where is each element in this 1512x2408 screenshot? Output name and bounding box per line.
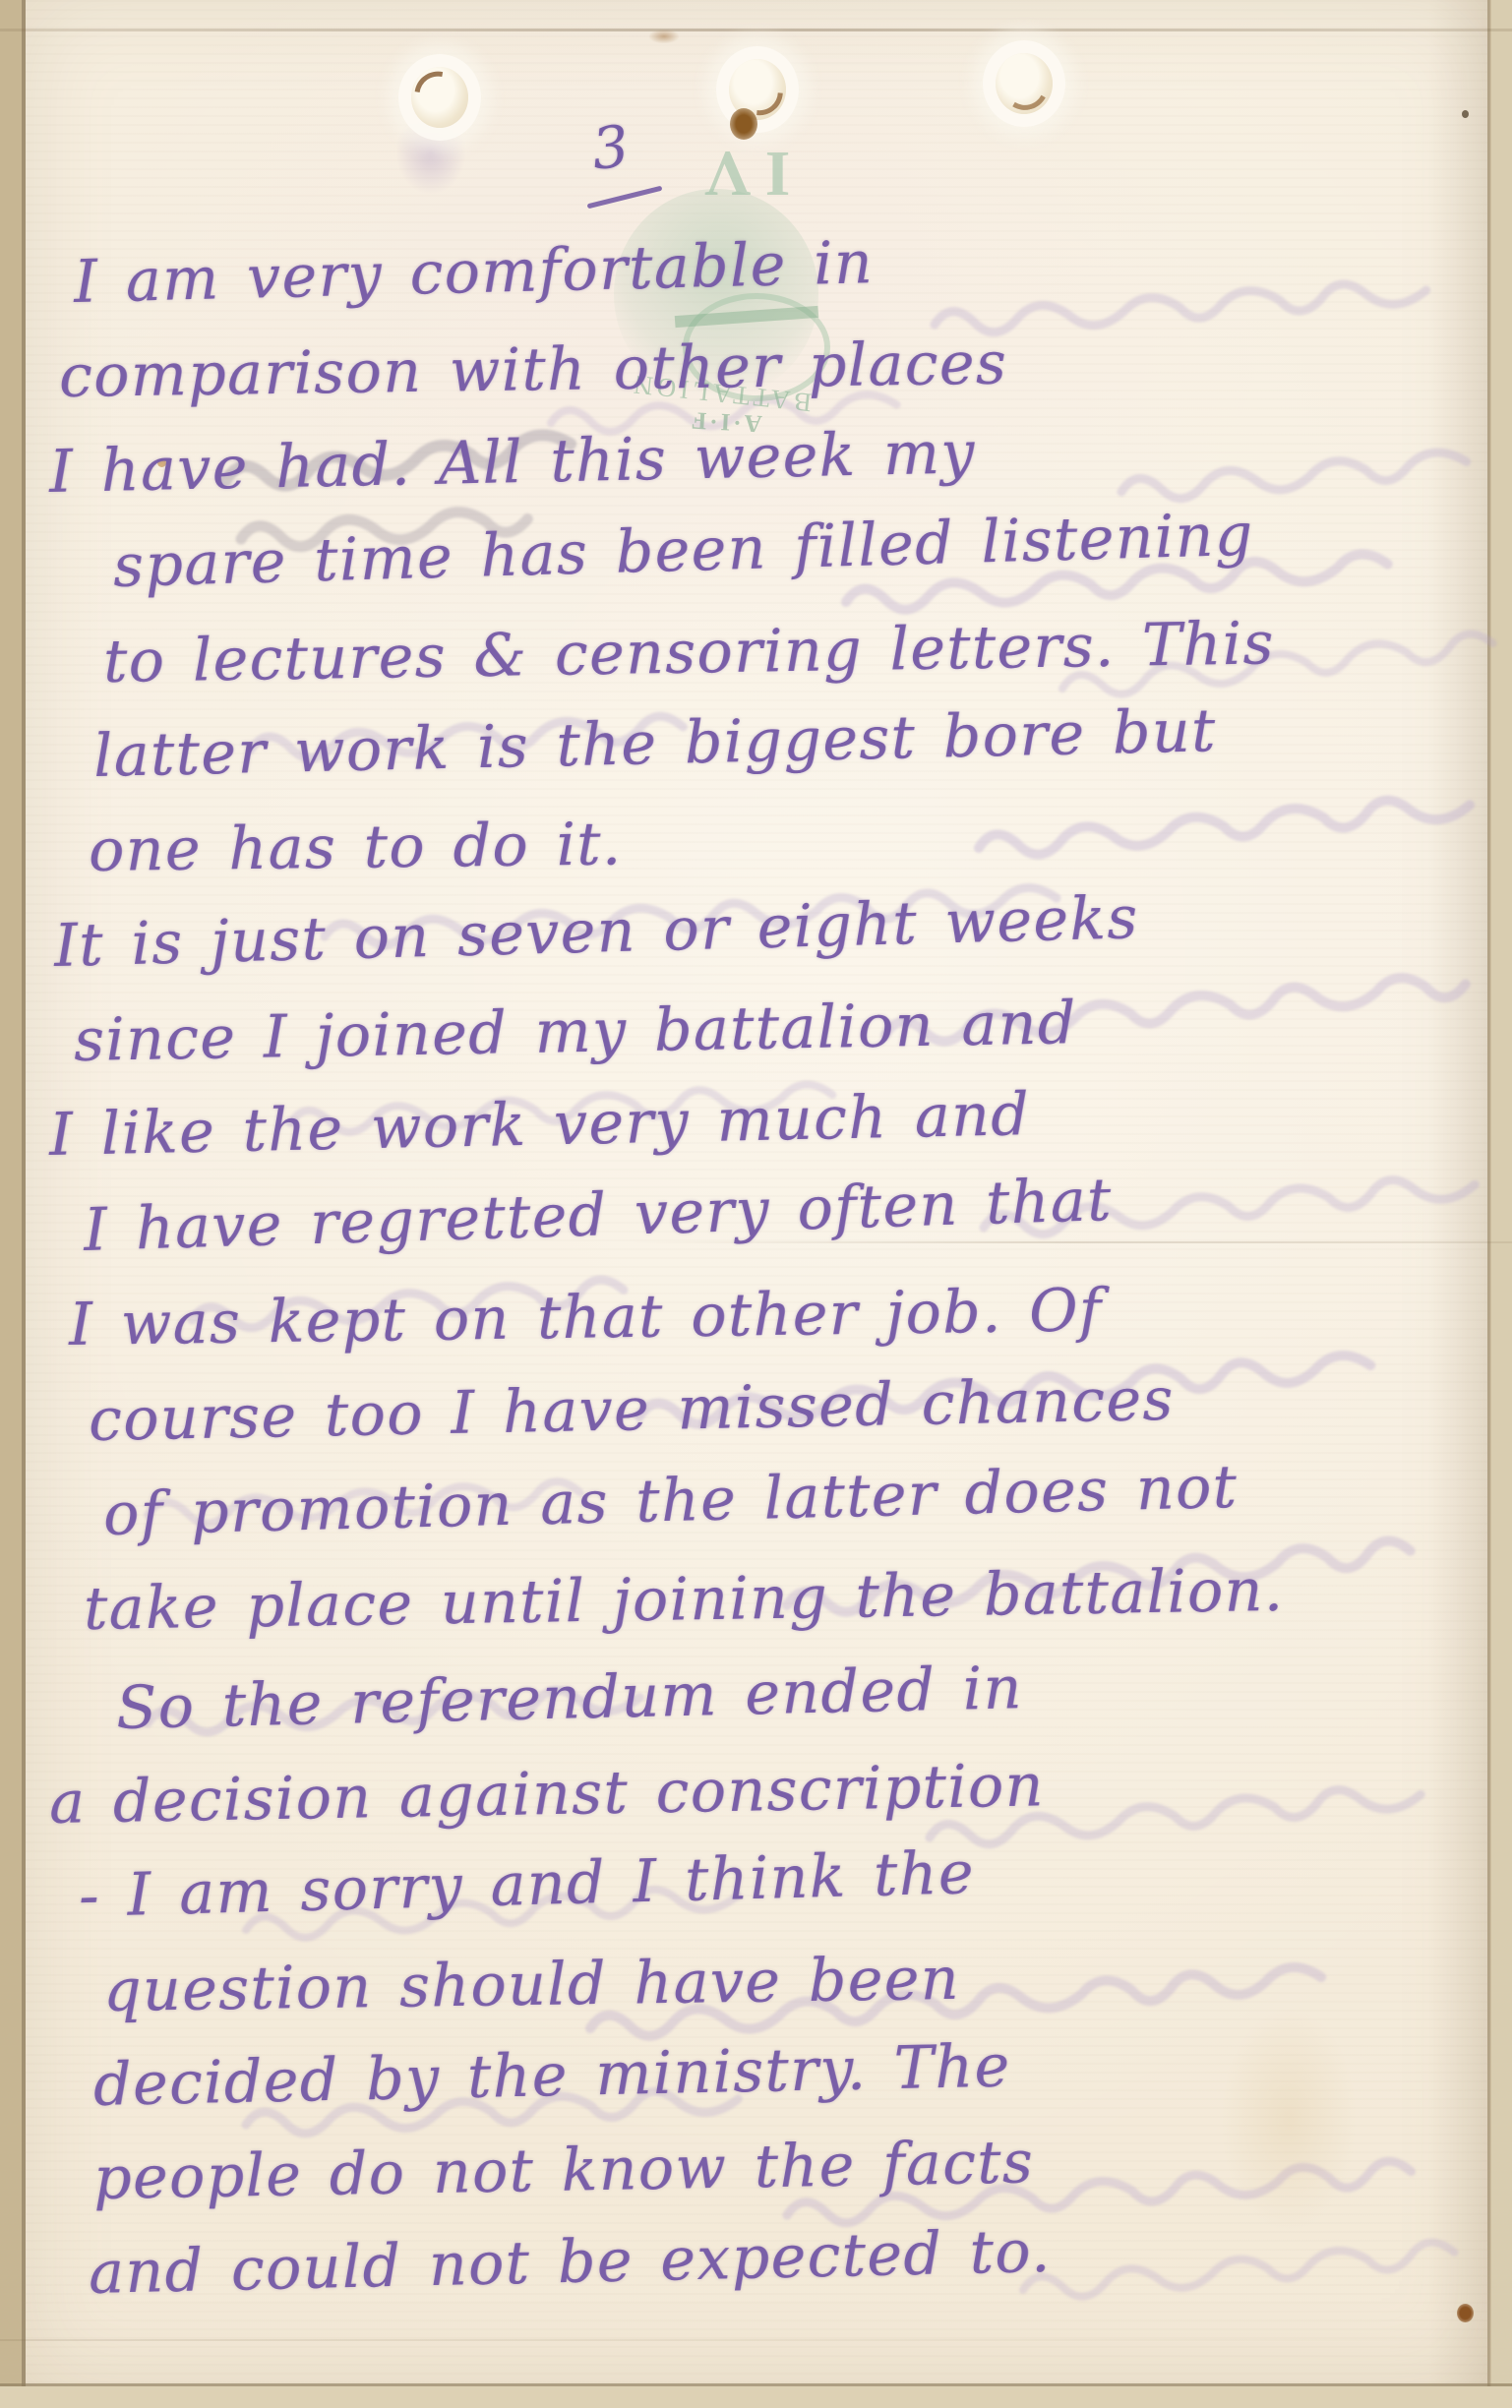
scan-backing-right [1491,0,1512,2408]
handwriting-line: question should have been [103,1945,961,2025]
scan-backing-bottom [0,2386,1512,2408]
scan-backing-left [0,0,22,2408]
handwriting-line: one has to do it. [89,810,623,885]
page-bottom-edge [0,2383,1512,2386]
punch-hole [411,67,468,128]
page-right-edge [1487,0,1490,2408]
handwriting-line: I was kept on that other job. Of [69,1276,1103,1359]
punch-hole [996,53,1053,114]
rust-stain [730,108,757,140]
handwriting-line: comparison with other places [59,330,1008,411]
page-number: 3 [589,112,633,182]
